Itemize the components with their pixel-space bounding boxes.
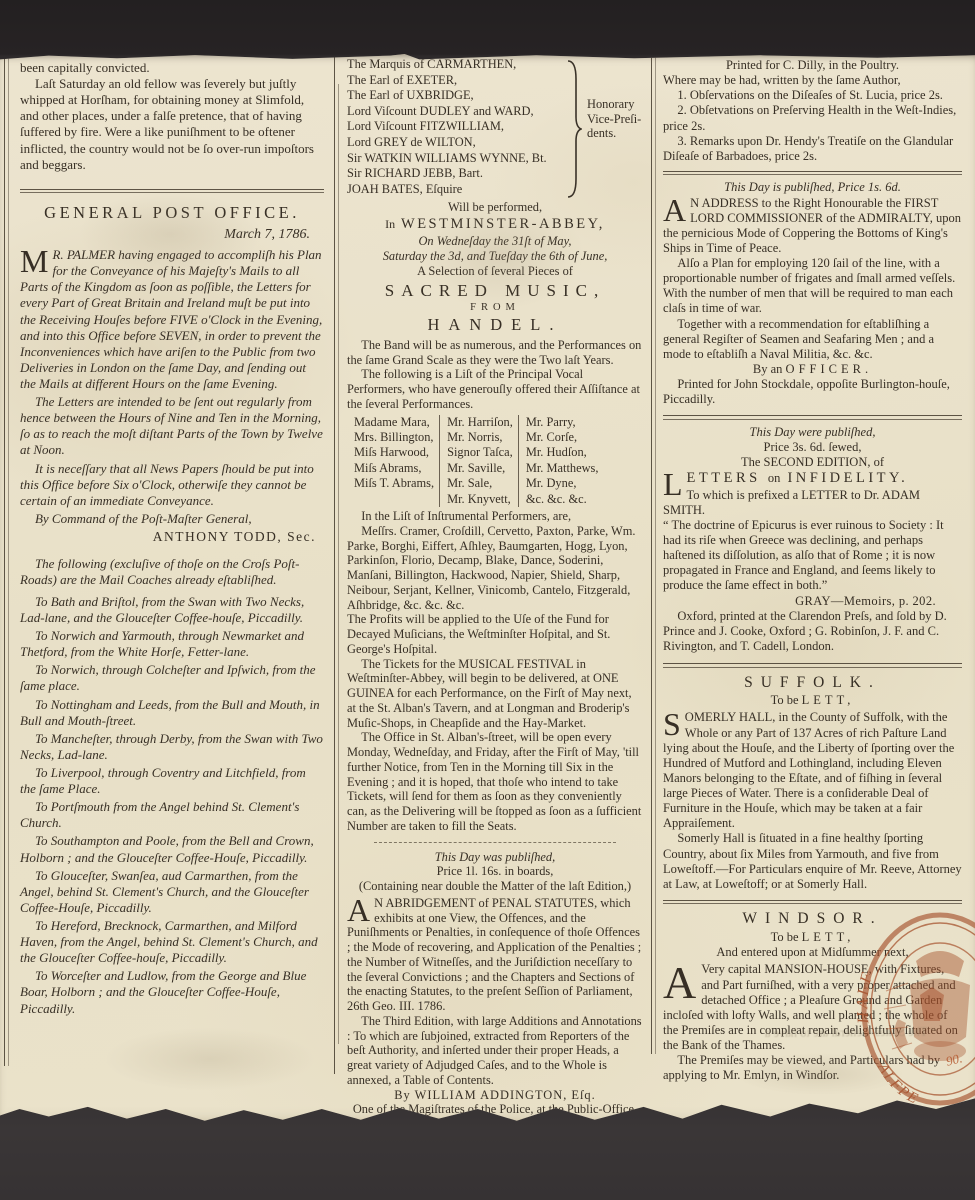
performer: Mr. Corſe, [526, 430, 599, 445]
address-paragraph: AN ADDRESS to the Right Honourable the F… [663, 196, 962, 257]
stamp-arc-top-text: HALF [854, 968, 877, 1025]
column-divider-1b [338, 84, 339, 1044]
handel-title: HANDEL. [347, 315, 643, 335]
dilly-sub: Where may be had, written by the ſame Au… [663, 73, 962, 88]
from-word: FROM [347, 302, 643, 314]
price-line: Price 3s. 6d. ſewed, [663, 440, 962, 455]
edition-line: The SECOND EDITION, of [663, 455, 962, 470]
to-be-lett-line: To be LETT, [663, 693, 962, 708]
drop-cap: M [20, 247, 52, 274]
somerly-text: OMERLY HALL, in the County of Suffolk, w… [663, 710, 954, 830]
newspaper-page: been capitally convicted. Laſt Saturday … [0, 54, 975, 1124]
news-brief: Laſt Saturday an old fellow was ſeverely… [20, 76, 324, 173]
gpo-byline: By Command of the Poſt-Maſter General, [20, 511, 324, 527]
patron: Lord Viſcount FITZWILLIAM, [347, 119, 565, 135]
vocal-col-3: Mr. Parry, Mr. Corſe, Mr. Hudſon, Mr. Ma… [518, 415, 604, 507]
article-fragment: been capitally convicted. [20, 60, 324, 76]
performer: Mr. Parry, [526, 415, 599, 430]
price-line: Price 1l. 16s. in boards, [347, 864, 643, 879]
performer: Mr. Knyvett, [447, 492, 513, 507]
drop-cap: A [347, 896, 374, 923]
list-intro: The following is a Liſt of the Principal… [347, 367, 643, 411]
performer: Miſs Harwood, [354, 445, 434, 460]
lett-word: LETT, [802, 693, 855, 707]
book-item: 2. Obſetvations on Preſerving Health in … [663, 103, 962, 133]
showthrough-text: “ The States-General are to have a [606, 1025, 936, 1043]
lett-pre: To be [771, 930, 799, 944]
tickets-paragraph: The Tickets for the MUSICAL FESTIVAL in … [347, 657, 643, 731]
patron: Sir RICHARD JEBB, Bart. [347, 166, 565, 182]
coaches-intro: The following (excluſive of thoſe on the… [20, 556, 324, 588]
stockdale-imprint: Printed for John Stockdale, oppoſite Bur… [663, 377, 962, 407]
coach-route: To Liverpool, through Coventry and Litch… [20, 765, 324, 797]
gpo-paragraph: It is neceſſary that all News Papers ſho… [20, 461, 324, 509]
coach-route: To Glouceſter, Swanſea, aud Carmarthen, … [20, 868, 324, 916]
vocal-col-1: Madame Mara, Mrs. Billington, Miſs Harwo… [347, 415, 439, 507]
column-divider-2b [655, 54, 656, 1054]
section-rule [663, 171, 962, 176]
column-left: been capitally convicted. Laſt Saturday … [20, 60, 324, 1019]
patrons-role-label: Honorary Vice-Preſi- dents. [587, 97, 653, 141]
section-rule [374, 842, 617, 843]
somerly-paragraph-2: Somerly Hall is ſituated in a fine healt… [663, 831, 962, 892]
instrumental-intro: In the Liſt of Inſtrumental Performers, … [347, 509, 643, 524]
performed-line: Will be performed, [347, 200, 643, 215]
patron: The Earl of EXETER, [347, 73, 565, 89]
performer: Madame Mara, [354, 415, 434, 430]
column-divider-2 [651, 54, 652, 1054]
letters-title-paragraph: LETTERS on INFIDELITY.To which is prefix… [663, 470, 962, 518]
vocal-col-2: Mr. Harriſon, Mr. Norris, Signor Taſca, … [439, 415, 518, 507]
coach-route: To Worceſter and Ludlow, from the George… [20, 968, 324, 1016]
gpo-heading: GENERAL POST OFFICE. [20, 203, 324, 223]
instrumental-list: Meſſrs. Cramer, Croſdill, Cervetto, Paxt… [347, 524, 643, 613]
section-rule [663, 663, 962, 668]
drop-cap: L [663, 470, 687, 497]
gpo-signature: ANTHONY TODD, Sec. [20, 529, 324, 546]
performer: Mr. Sale, [447, 476, 513, 491]
performer: Signor Taſca, [447, 445, 513, 460]
lett-pre: To be [771, 693, 799, 707]
quote-attribution: GRAY—Memoirs, p. 202. [663, 594, 962, 609]
officer-pre: By an [753, 362, 783, 376]
performer: &c. &c. &c. [526, 492, 599, 507]
infidelity-word: INFIDELITY. [787, 470, 908, 486]
patrons-list: The Marquis of CARMARTHEN, The Earl of E… [347, 57, 643, 197]
patron: Sir WATKIN WILLIAMS WYNNE, Bt. [347, 151, 565, 167]
abbey-name: WESTMINSTER-ABBEY, [401, 216, 605, 232]
abridgement-text: N ABRIDGEMENT of PENAL STATUTES, which e… [347, 896, 641, 1013]
third-edition-paragraph: The Third Edition, with large Additions … [347, 1014, 643, 1088]
edition-note: (Containing near double the Matter of th… [347, 879, 643, 894]
coach-route: To Nottingham and Leeds, from the Bull a… [20, 697, 324, 729]
coach-route: To Hereford, Brecknock, Carmarthen, and … [20, 918, 324, 966]
published-line: This Day were publiſhed, [663, 425, 962, 440]
drop-cap: S [663, 710, 685, 737]
performer: Miſs T. Abrams, [354, 476, 434, 491]
coach-route: To Norwich, through Colcheſter and Ipſwi… [20, 662, 324, 694]
coach-route: To Norwich and Yarmouth, through Newmark… [20, 628, 324, 660]
column-middle: The Marquis of CARMARTHEN, The Earl of E… [347, 57, 643, 1124]
patron: JOAH BATES, Eſquire [347, 182, 565, 198]
coach-route: To Bath and Briſtol, from the Swan with … [20, 594, 324, 626]
vocal-performers-table: Madame Mara, Mrs. Billington, Miſs Harwo… [347, 415, 643, 507]
curly-brace-icon [566, 59, 582, 199]
letters-on: on [768, 471, 781, 485]
gpo-paragraph: The Letters are intended to be ſent out … [20, 394, 324, 458]
performer: Mr. Dyne, [526, 476, 599, 491]
suffolk-heading: SUFFOLK. [663, 674, 962, 693]
officer-word: OFFICER. [786, 362, 873, 376]
patron: The Marquis of CARMARTHEN, [347, 57, 565, 73]
profits-paragraph: The Profits will be applied to the Uſe o… [347, 612, 643, 656]
performer: Mr. Harriſon, [447, 415, 513, 430]
office-paragraph: The Office in St. Alban's-ſtreet, will b… [347, 730, 643, 833]
abbey-heading: In WESTMINSTER-ABBEY, [347, 216, 643, 233]
performer: Mr. Saville, [447, 461, 513, 476]
patron: Lord GREY de WILTON, [347, 135, 565, 151]
section-rule [20, 189, 324, 194]
book-item: 1. Obſervations on the Diſeaſes of St. L… [663, 88, 962, 103]
author-line: By WILLIAM ADDINGTON, Eſq. [347, 1088, 643, 1103]
drop-cap: A [663, 962, 701, 1002]
performance-date: Saturday the 3d, and Tueſday the 6th of … [347, 249, 643, 264]
book-item: 3. Remarks upon Dr. Hendy's Treatiſe on … [663, 134, 962, 164]
abridgement-paragraph: AN ABRIDGEMENT of PENAL STATUTES, which … [347, 896, 643, 1014]
performer: Mrs. Billington, [354, 430, 434, 445]
gpo-paragraph-text: R. PALMER having engaged to accompliſh h… [20, 247, 322, 391]
performer: Miſs Abrams, [354, 461, 434, 476]
coach-route: To Southampton and Poole, from the Bell … [20, 833, 324, 865]
coach-route: To Portſmouth from the Angel behind St. … [20, 799, 324, 831]
patron: Lord Viſcount DUDLEY and WARD, [347, 104, 565, 120]
somerly-paragraph: SOMERLY HALL, in the County of Suffolk, … [663, 710, 962, 831]
abbey-pre: In [385, 217, 395, 231]
officer-line: By an OFFICER. [663, 362, 962, 377]
selection-line: A Selection of ſeveral Pieces of [347, 264, 643, 279]
left-margin-rule-2 [8, 54, 9, 1066]
performance-date: On Wedneſday the 31ſt of May, [347, 234, 643, 249]
patron: The Earl of UXBRIDGE, [347, 88, 565, 104]
plan-paragraph: Alſo a Plan for employing 120 ſail of th… [663, 256, 962, 317]
letters-word: ETTERS [687, 470, 761, 486]
sacred-music-title: SACRED MUSIC, [347, 281, 643, 301]
address-text: N ADDRESS to the Right Honourable the FI… [663, 196, 961, 255]
performer: Mr. Matthews, [526, 461, 599, 476]
published-line: This Day is publiſhed, Price 1s. 6d. [663, 180, 962, 195]
revenue-stamp: HALF ALFPE [828, 899, 975, 1124]
letters-prefix: To which is prefixed a LETTER to Dr. ADA… [663, 488, 920, 517]
oxford-imprint: Oxford, printed at the Clarendon Preſs, … [663, 609, 962, 654]
published-line: This Day was publiſhed, [347, 850, 643, 865]
coach-route: To Mancheſter, through Derby, from the S… [20, 731, 324, 763]
drop-cap: A [663, 196, 690, 223]
band-paragraph: The Band will be as numerous, and the Pe… [347, 338, 643, 368]
performer: Mr. Hudſon, [526, 445, 599, 460]
left-margin-rule [4, 54, 5, 1066]
dilly-imprint: Printed for C. Dilly, in the Poultry. [663, 58, 962, 73]
showthrough-smudge [60, 1014, 360, 1104]
column-divider-1 [334, 54, 335, 1074]
gpo-date: March 7, 1786. [20, 226, 324, 243]
together-paragraph: Together with a recommendation for eſtab… [663, 317, 962, 362]
epicurus-quote: “ The doctrine of Epicurus is ever ruino… [663, 518, 962, 594]
section-rule [663, 415, 962, 420]
gpo-paragraph: MR. PALMER having engaged to accompliſh … [20, 247, 324, 392]
performer: Mr. Norris, [447, 430, 513, 445]
author-role: One of the Magiſtrates of the Police, at… [347, 1102, 643, 1124]
